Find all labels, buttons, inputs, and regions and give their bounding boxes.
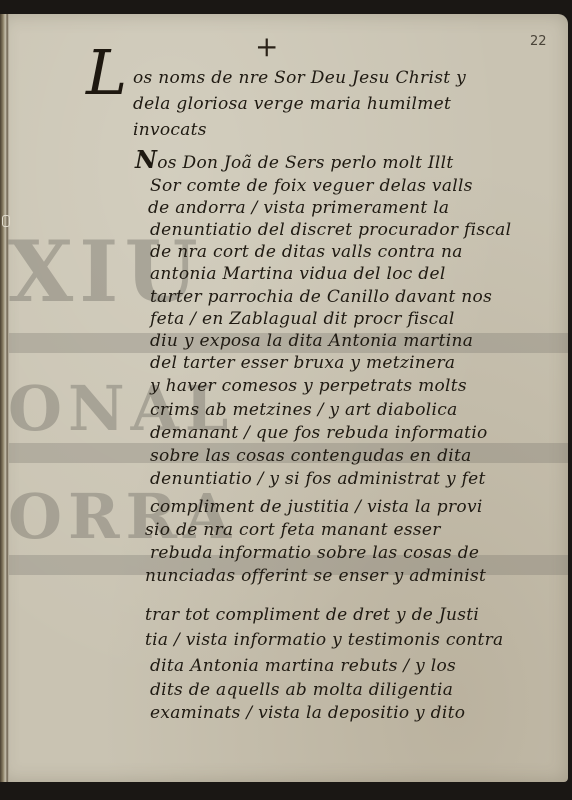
body-line-3: de andorra / vista primerament la — [148, 198, 449, 218]
body-line-1: Nos Don Joã de Sers perlo molt Illt — [135, 145, 454, 174]
body-line-21: tia / vista informatio y testimonis cont… — [145, 630, 503, 650]
body-line-1-text: os Don Joã de Sers perlo molt Illt — [157, 153, 453, 173]
body-line-16: compliment de justitia / vista la provi — [150, 497, 483, 517]
body-line-5: de nra cort de ditas valls contra na — [150, 242, 463, 262]
body-line-18: rebuda informatio sobre las cosas de — [150, 543, 479, 563]
body-line-23: dits de aquells ab molta diligentia — [150, 680, 453, 700]
body-line-9: diu y exposa la dita Antonia martina — [150, 331, 473, 351]
body-line-14: sobre las cosas contengudas en dita — [150, 446, 472, 466]
body-line-19: nunciadas offerint se enser y administ — [145, 566, 486, 586]
body-line-17: sio de nra cort feta manant esser — [145, 520, 441, 540]
body-line-10: del tarter esser bruxa y metzinera — [150, 353, 455, 373]
invocation-line-2: dela gloriosa verge maria humilmet — [133, 94, 451, 114]
folio-cross-mark: + — [255, 30, 278, 63]
body-line-6: antonia Martina vidua del loc del — [150, 264, 446, 284]
body-line-11: y haver comesos y perpetrats molts — [150, 376, 467, 396]
body-line-2: Sor comte de foix veguer delas valls — [150, 176, 473, 196]
body-line-20: trar tot compliment de dret y de Justi — [145, 605, 479, 625]
body-line-15: denuntiatio / y si fos administrat y fet — [150, 469, 486, 489]
body-line-8: feta / en Zablagual dit procr fiscal — [150, 309, 455, 329]
folio-number: 22 — [530, 34, 547, 49]
body-line-12: crims ab metzines / y art diabolica — [150, 400, 458, 420]
body-line-24: examinats / vista la depositio y dito — [150, 703, 465, 723]
invocation-line-1: os noms de nre Sor Deu Jesu Christ y — [133, 68, 466, 88]
body-line-13: demanant / que fos rebuda informatio — [150, 423, 488, 443]
body-line-4: denuntiatio del discret procurador fisca… — [150, 220, 511, 240]
invocation-initial: L — [86, 42, 127, 104]
body-initial: N — [135, 145, 157, 174]
invocation-line-3: invocats — [133, 120, 207, 140]
body-line-22: dita Antonia martina rebuts / y los — [150, 656, 456, 676]
body-line-7: tarter parrochia de Canillo davant nos — [150, 287, 492, 307]
